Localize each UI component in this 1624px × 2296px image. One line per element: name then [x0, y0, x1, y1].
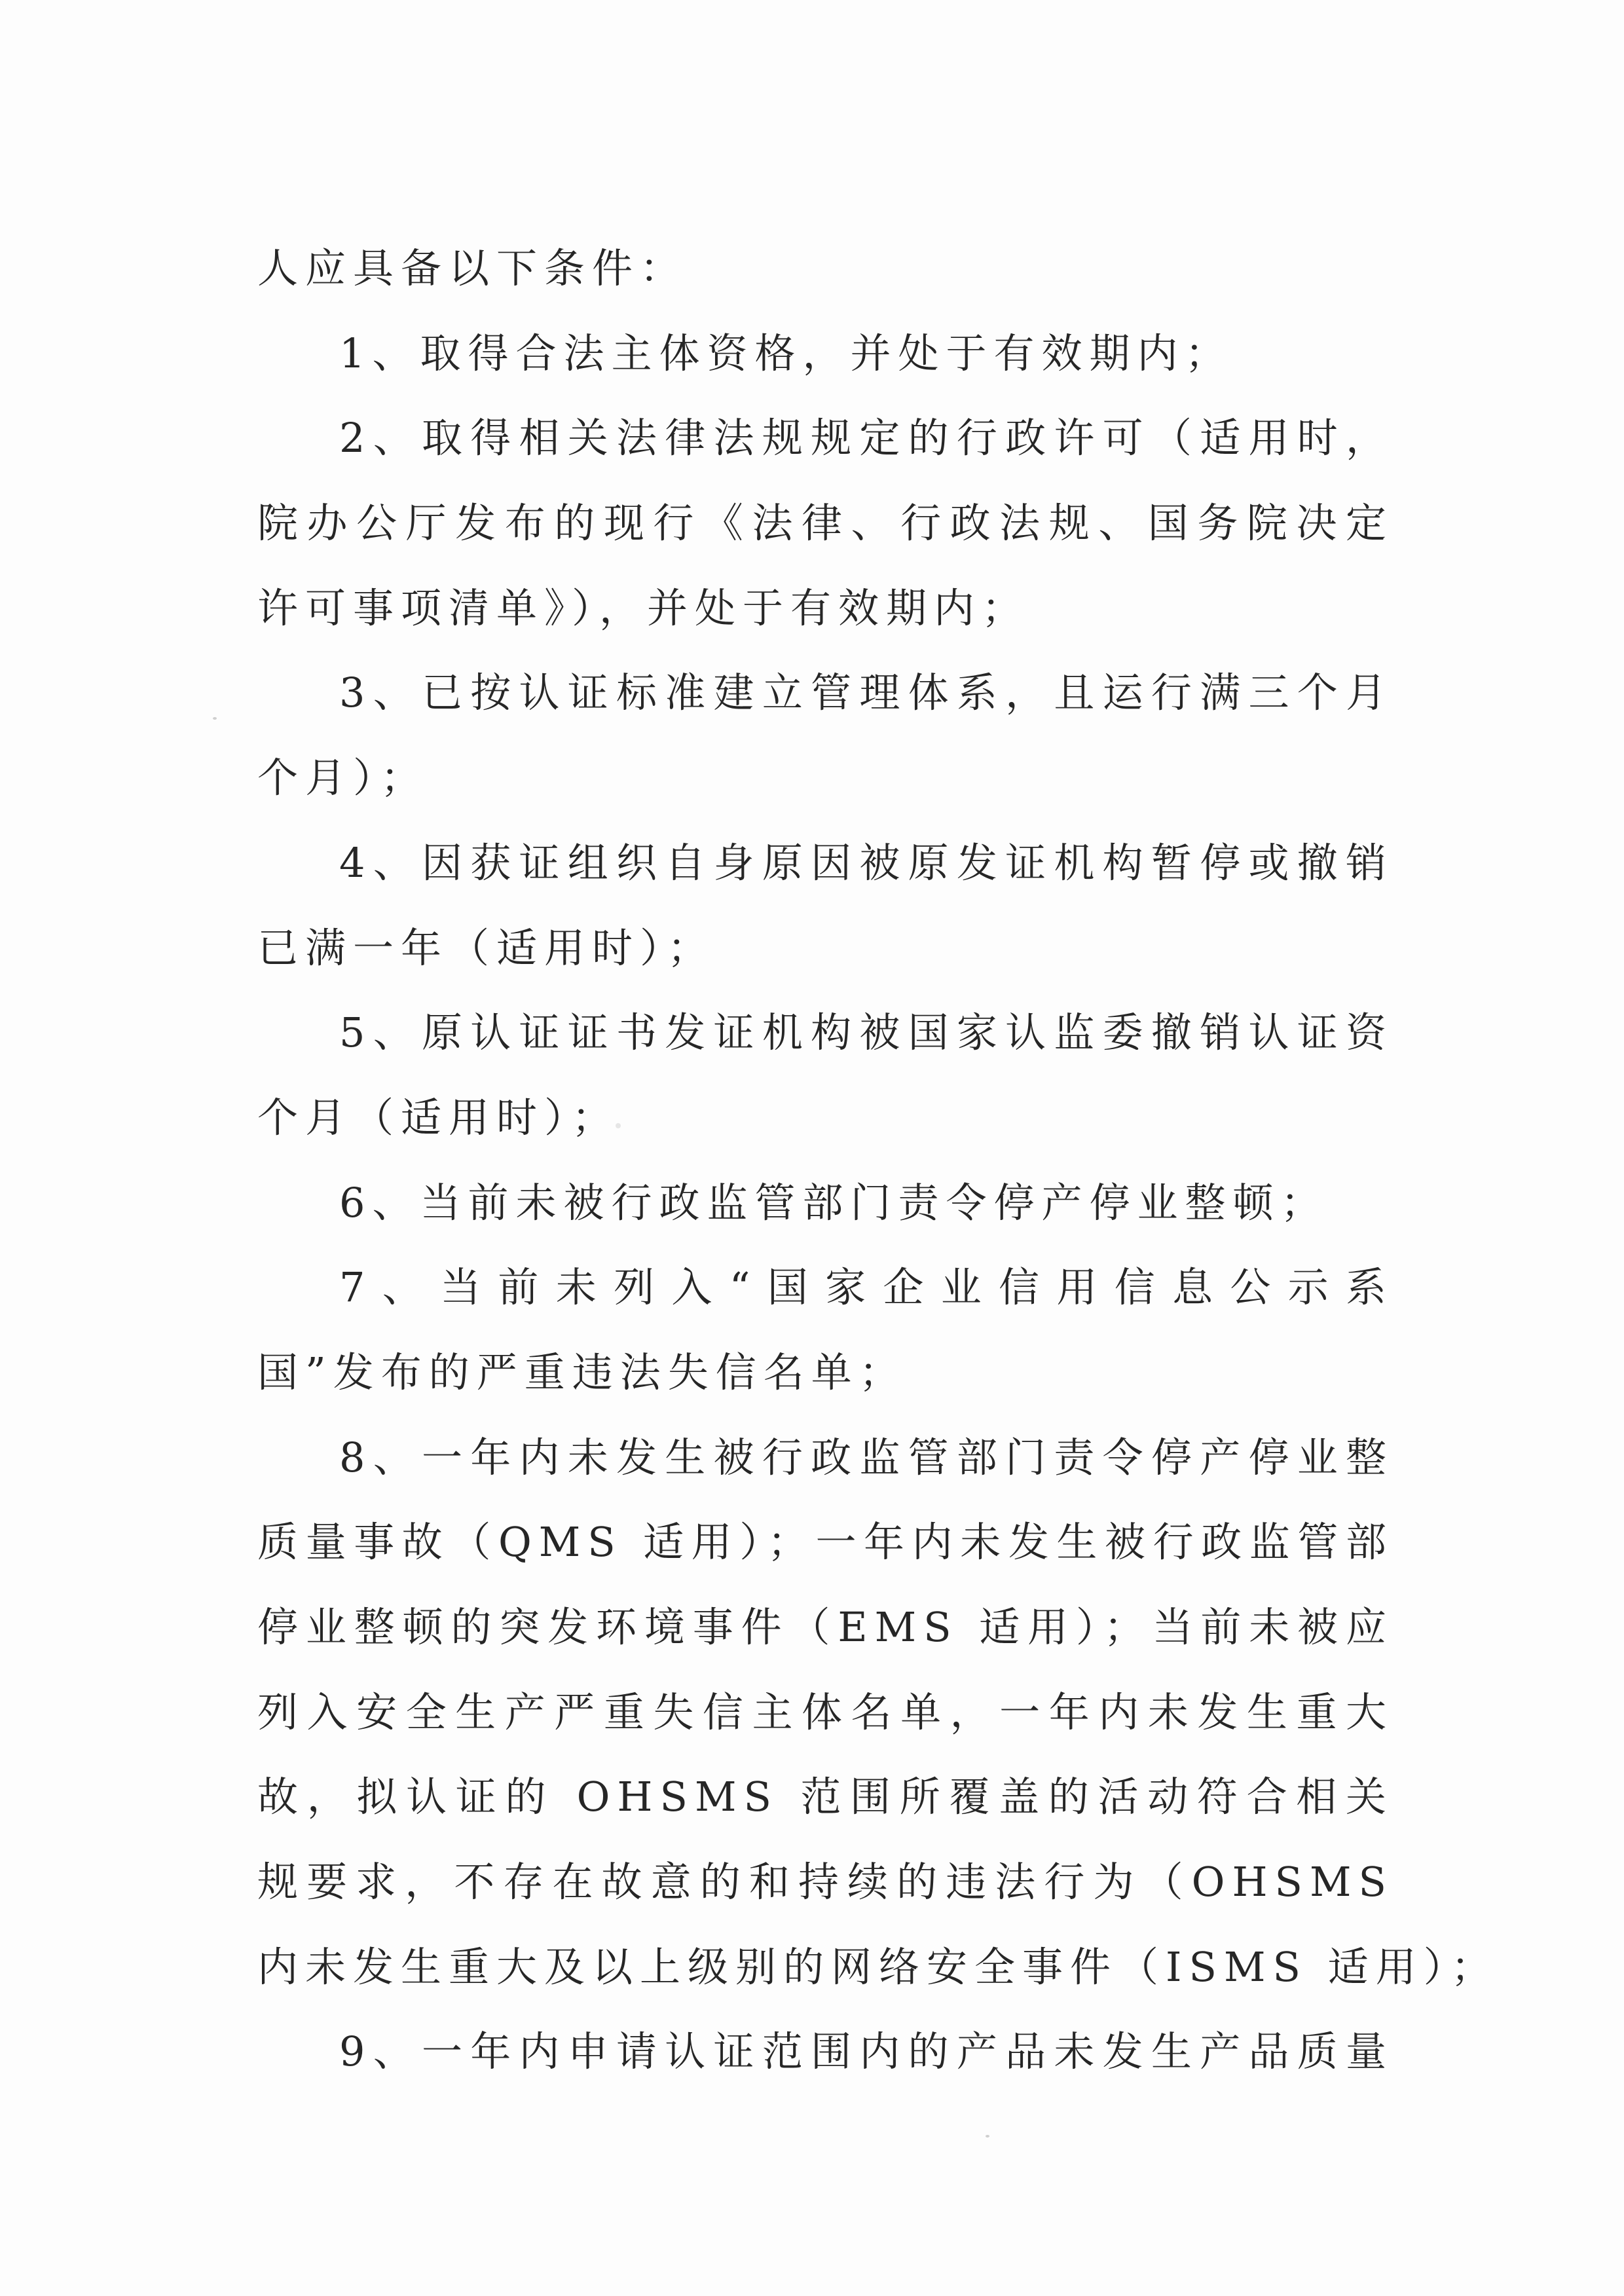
condition-item-8: 8、一年内未发生被行政监管部门责令停产停业整顿的重大 [257, 1415, 1393, 1500]
condition-item-4-cont: 已满一年（适用时）； [257, 906, 1393, 991]
scan-speck [213, 717, 217, 720]
condition-item-8-cont-6: 内未发生重大及以上级别的网络安全事件（ISMS 适用）； [257, 1925, 1393, 2010]
condition-item-8-cont-2: 停业整顿的突发环境事件（EMS 适用）；当前未被应急管理部门 [257, 1585, 1393, 1670]
document-body: 人应具备以下条件： 1、取得合法主体资格，并处于有效期内； 2、取得相关法律法规… [257, 226, 1393, 2094]
condition-item-5-cont: 个月（适用时）； [257, 1075, 1393, 1160]
condition-item-8-cont-1: 质量事故（QMS 适用）；一年内未发生被行政监管部门责令停产 [257, 1500, 1393, 1585]
condition-item-7: 7、当前未列入“国家企业信用信息公示系统”和“信用中 [257, 1245, 1393, 1330]
condition-item-7-cont: 国”发布的严重违法失信名单； [257, 1330, 1393, 1415]
condition-item-2: 2、取得相关法律法规规定的行政许可（适用时，依据国务 [257, 396, 1393, 481]
condition-item-8-cont-3: 列入安全生产严重失信主体名单，一年内未发生重大生产安全事 [257, 1670, 1393, 1755]
condition-item-6: 6、当前未被行政监管部门责令停产停业整顿； [257, 1160, 1393, 1246]
condition-item-4: 4、因获证组织自身原因被原发证机构暂停或撤销认证证书 [257, 821, 1393, 906]
document-page: 人应具备以下条件： 1、取得合法主体资格，并处于有效期内； 2、取得相关法律法规… [0, 0, 1624, 2296]
condition-item-9: 9、一年内申请认证范围内的产品未发生产品质量国家监督 [257, 2009, 1393, 2094]
text-line-continuation: 人应具备以下条件： [257, 226, 1393, 311]
scan-speck [616, 1123, 621, 1128]
condition-item-2-cont-2: 许可事项清单》），并处于有效期内； [257, 566, 1393, 651]
condition-item-2-cont-1: 院办公厅发布的现行《法律、行政法规、国务院决定设定的行政 [257, 481, 1393, 566]
condition-item-8-cont-4: 故，拟认证的 OHSMS 范围所覆盖的活动符合相关 OH&S 法律法 [257, 1754, 1393, 1840]
scan-speck [986, 2135, 989, 2138]
condition-item-3: 3、已按认证标准建立管理体系，且运行满三个月（EnMS 六 [257, 650, 1393, 735]
condition-item-1: 1、取得合法主体资格，并处于有效期内； [257, 311, 1393, 396]
condition-item-3-cont: 个月）； [257, 735, 1393, 821]
condition-item-8-cont-5: 规要求，不存在故意的和持续的违法行为（OHSMS 适用）；一年 [257, 1840, 1393, 1925]
condition-item-5: 5、原认证证书发证机构被国家认监委撤销认证资质已满三 [257, 990, 1393, 1075]
